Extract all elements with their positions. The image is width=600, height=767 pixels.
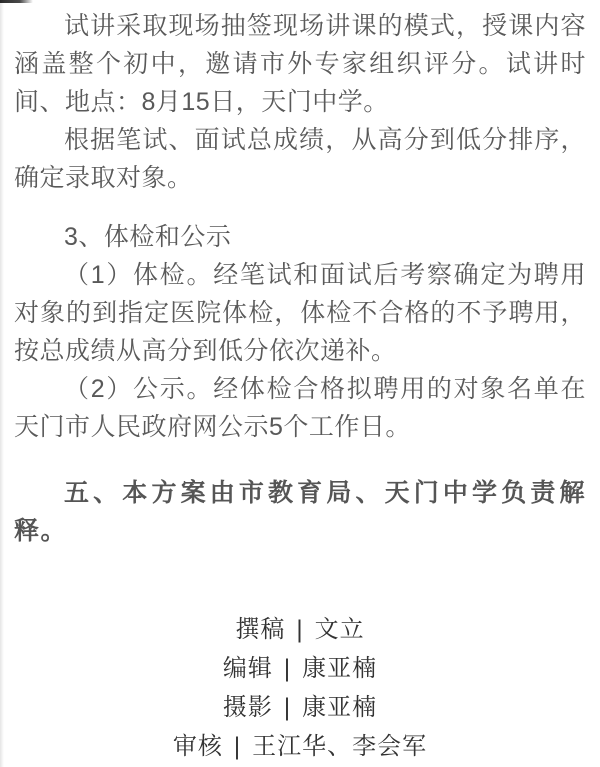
- credit-line-writer: 撰稿|文立: [14, 610, 586, 649]
- section-heading-physical-exam: 3、体检和公示: [14, 218, 586, 256]
- credit-separator: |: [284, 648, 291, 689]
- paragraph-score-ranking: 根据笔试、面试总成绩，从高分到低分排序，确定录取对象。: [14, 121, 586, 197]
- paragraph-public-notice: （2）公示。经体检合格拟聘用的对象名单在天门市人民政府网公示5个工作日。: [14, 370, 586, 446]
- credit-role: 摄影: [223, 694, 273, 721]
- credit-role: 撰稿: [235, 616, 285, 643]
- paragraph-trial-lecture: 试讲采取现场抽签现场讲课的模式，授课内容涵盖整个初中，邀请市外专家组织评分。试讲…: [14, 7, 586, 121]
- credit-line-editor: 编辑|康亚楠: [14, 649, 586, 688]
- credit-name: 康亚楠: [302, 694, 377, 721]
- credit-separator: |: [284, 687, 291, 728]
- paragraph-interpretation: 五、本方案由市教育局、天门中学负责解释。: [14, 474, 586, 550]
- credit-role: 编辑: [223, 655, 273, 682]
- credit-line-photographer: 摄影|康亚楠: [14, 688, 586, 727]
- article-page: 试讲采取现场抽签现场讲课的模式，授课内容涵盖整个初中，邀请市外专家组织评分。试讲…: [0, 0, 600, 767]
- top-left-artifact: [0, 0, 33, 3]
- credit-separator: |: [296, 609, 303, 650]
- credit-line-reviewer: 审核|王江华、李会军: [14, 727, 586, 766]
- article-body: 试讲采取现场抽签现场讲课的模式，授课内容涵盖整个初中，邀请市外专家组织评分。试讲…: [0, 0, 600, 766]
- credit-name: 康亚楠: [302, 655, 377, 682]
- credit-role: 审核: [173, 733, 223, 760]
- credit-separator: |: [234, 726, 241, 767]
- credits-block: 撰稿|文立 编辑|康亚楠 摄影|康亚楠 审核|王江华、李会军: [14, 610, 586, 766]
- credit-name: 王江华、李会军: [252, 733, 427, 760]
- credit-name: 文立: [315, 616, 365, 643]
- paragraph-physical-exam: （1）体检。经笔试和面试后考察确定为聘用对象的到指定医院体检，体检不合格的不予聘…: [14, 256, 586, 370]
